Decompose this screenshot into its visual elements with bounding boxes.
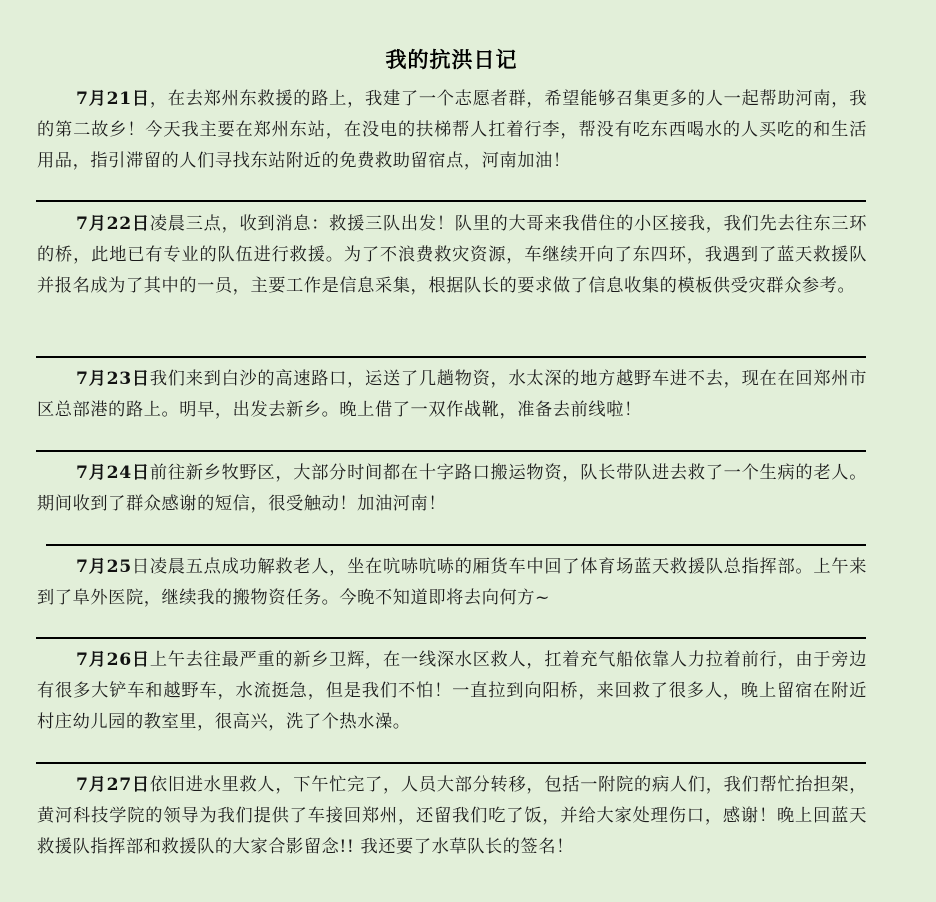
entry-text: 凌晨三点，收到消息：救援三队出发！队里的大哥来我借住的小区接我，我们先去往东三环… [37, 214, 867, 296]
divider-rule [36, 200, 866, 202]
diary-entry-0726: 7月26日上午去往最严重的新乡卫辉，在一线深水区救人，扛着充气船依靠人力拉着前行… [37, 645, 867, 738]
diary-entry-0725: 7月25日凌晨五点成功解救老人，坐在吭哧吭哧的厢货车中回了体育场蓝天救援队总指挥… [37, 552, 867, 614]
entry-date: 7月27日 [76, 775, 150, 795]
entry-date: 7月21日 [76, 89, 150, 109]
entry-text: 日凌晨五点成功解救老人，坐在吭哧吭哧的厢货车中回了体育场蓝天救援队总指挥部。上午… [37, 557, 867, 608]
divider-rule [36, 450, 866, 452]
entry-date: 7月24日 [76, 463, 150, 483]
divider-rule [36, 762, 866, 764]
document-title: 我的抗洪日记 [0, 44, 903, 74]
divider-rule [46, 544, 866, 546]
entry-text: 上午去往最严重的新乡卫辉，在一线深水区救人，扛着充气船依靠人力拉着前行，由于旁边… [37, 650, 867, 732]
diary-entry-0727: 7月27日依旧进水里救人，下午忙完了，人员大部分转移，包括一附院的病人们，我们帮… [37, 770, 867, 863]
entry-date: 7月25 [76, 557, 132, 577]
divider-rule [36, 356, 866, 358]
entry-text: 我们来到白沙的高速路口，运送了几趟物资，水太深的地方越野车进不去，现在在回郑州市… [37, 369, 867, 420]
diary-entry-0724: 7月24日前往新乡牧野区，大部分时间都在十字路口搬运物资，队长带队进去救了一个生… [37, 458, 867, 520]
entry-text: ，在去郑州东救援的路上，我建了一个志愿者群，希望能够召集更多的人一起帮助河南，我… [37, 89, 867, 171]
diary-entry-0721: 7月21日，在去郑州东救援的路上，我建了一个志愿者群，希望能够召集更多的人一起帮… [37, 84, 867, 177]
entry-date: 7月26日 [76, 650, 150, 670]
diary-entry-0722: 7月22日凌晨三点，收到消息：救援三队出发！队里的大哥来我借住的小区接我，我们先… [37, 209, 867, 302]
entry-text: 依旧进水里救人，下午忙完了，人员大部分转移，包括一附院的病人们，我们帮忙抬担架，… [37, 775, 867, 857]
entry-date: 7月22日 [76, 214, 150, 234]
entry-date: 7月23日 [76, 369, 150, 389]
diary-entry-0723: 7月23日我们来到白沙的高速路口，运送了几趟物资，水太深的地方越野车进不去，现在… [37, 364, 867, 426]
divider-rule [36, 637, 866, 639]
entry-text: 前往新乡牧野区，大部分时间都在十字路口搬运物资，队长带队进去救了一个生病的老人。… [37, 463, 867, 514]
